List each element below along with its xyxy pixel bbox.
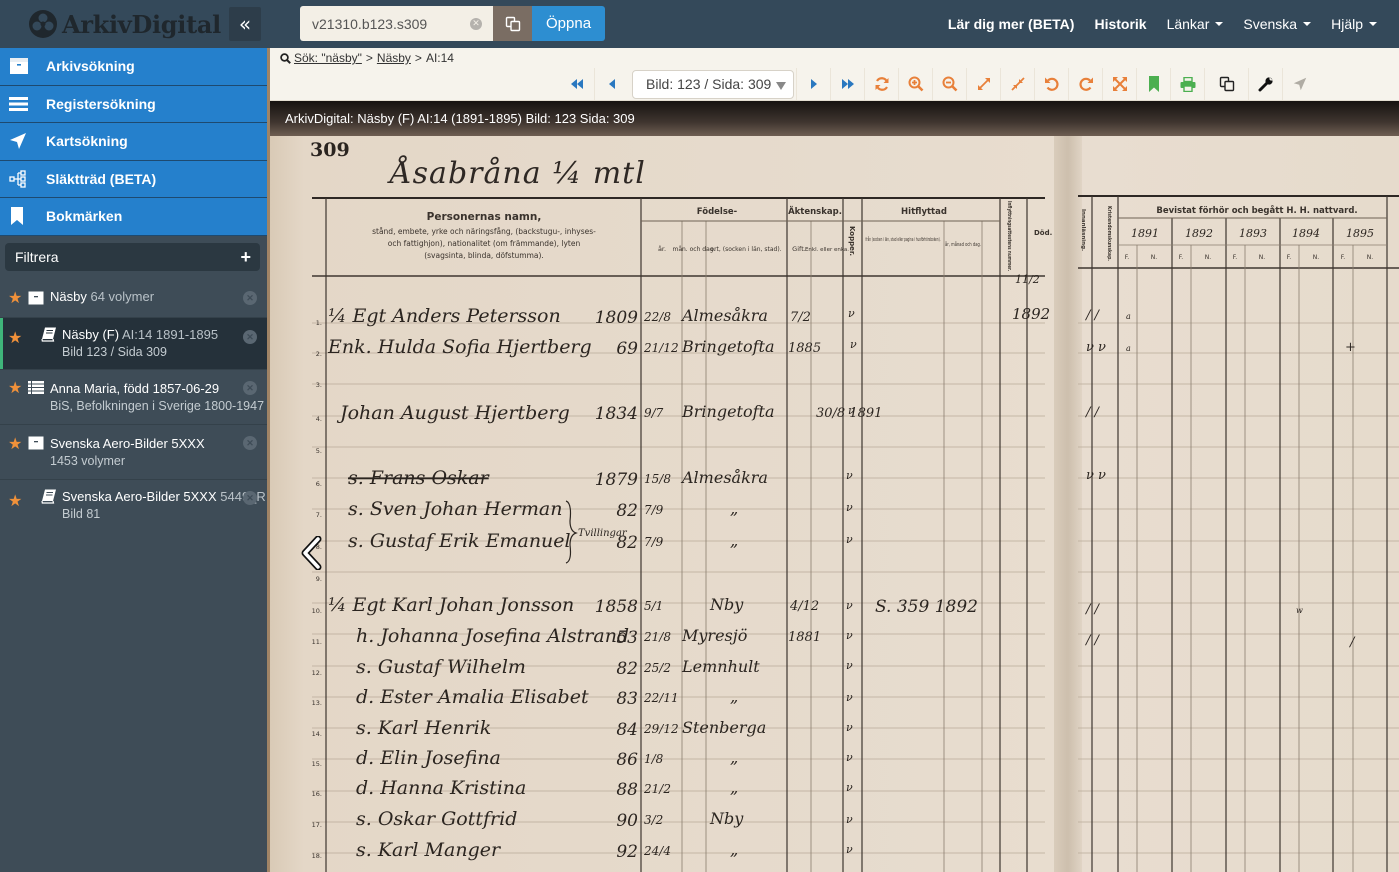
birth-month-day: 3/2: [644, 813, 663, 827]
top-navbar: ArkivDigital « ✕ Öppna Lär dig mer (BETA…: [0, 0, 1399, 48]
birth-place: „: [730, 778, 738, 797]
person-name: d. Ester Amalia Elisabet: [356, 686, 589, 708]
birth-year: 1858: [595, 597, 638, 617]
caret-down-icon: [1369, 22, 1377, 26]
book-icon: [41, 489, 57, 507]
svg-text:ν: ν: [846, 781, 853, 794]
svg-text:ν ν: ν ν: [1086, 340, 1106, 355]
star-icon[interactable]: ★: [8, 328, 22, 348]
copy-link-button[interactable]: [1204, 68, 1248, 100]
list-item[interactable]: ★ Näsby 64 volymer ✕: [0, 278, 267, 318]
row-number: 1.: [316, 319, 322, 327]
list-item[interactable]: ★ Svenska Aero-Bilder 5XXX 1453 volymer …: [0, 425, 267, 480]
copy-icon: [505, 16, 521, 32]
birth-place: „: [730, 840, 738, 859]
reference-input-wrapper: ✕: [300, 6, 493, 41]
column-header-birth: Födelse-: [697, 207, 738, 217]
row-number: 3.: [316, 381, 322, 389]
rotate-left-icon: [1044, 76, 1060, 92]
row-number: 4.: [316, 415, 322, 423]
person-name: s. Gustaf Wilhelm: [356, 656, 526, 678]
column-header-smallpox: Kopper.: [848, 226, 856, 256]
svg-text:ν: ν: [848, 404, 855, 417]
location-arrow-icon: [1293, 77, 1307, 91]
year-header: 1895: [1346, 227, 1374, 240]
person-name: s. Karl Henrik: [356, 717, 491, 739]
archive-box-icon: [28, 291, 44, 308]
ledger-grid: Personernas namn, stånd, embete, yrke oc…: [270, 101, 1399, 872]
links-label: Länkar: [1167, 16, 1210, 32]
fn-header: F.: [1179, 254, 1183, 261]
row-number: 9.: [316, 575, 322, 583]
svg-text:ν: ν: [846, 659, 853, 672]
column-header-registry: Inflyttningsattestens nummer.: [1006, 201, 1012, 271]
birth-year: 92: [616, 842, 638, 862]
birth-year: 88: [616, 780, 638, 800]
svg-text:ν: ν: [848, 307, 855, 320]
learn-more-link[interactable]: Lär dig mer (BETA): [948, 16, 1075, 32]
history-label: Historik: [1094, 16, 1146, 32]
star-icon[interactable]: ★: [8, 288, 22, 308]
svg-text:ν: ν: [846, 599, 853, 612]
person-name: d. Hanna Kristina: [356, 777, 526, 799]
birth-year: 1834: [595, 404, 638, 424]
bookmark-subtitle: BiS, Befolkningen i Sverige 1800-1947: [50, 399, 264, 413]
bookmark-subtitle: 1453 volymer: [50, 454, 125, 468]
svg-text:ν: ν: [846, 751, 853, 764]
list-item-active[interactable]: ★ Näsby (F) AI:14 1891-1895 Bild 123 / S…: [0, 318, 267, 370]
row-number: 18.: [312, 852, 322, 860]
birth-year: 83: [616, 689, 638, 709]
svg-text:w: w: [1296, 606, 1303, 615]
locate-button[interactable]: [1282, 68, 1316, 100]
birth-year: 82: [616, 533, 638, 553]
history-link[interactable]: Historik: [1094, 16, 1146, 32]
zoom-in-button[interactable]: [898, 68, 932, 100]
svg-text:/ /: / /: [1084, 633, 1101, 648]
clear-input-icon[interactable]: ✕: [470, 18, 482, 30]
row-number: 2.: [316, 350, 322, 358]
svg-text:ν: ν: [846, 501, 853, 514]
birth-place: „: [730, 748, 738, 767]
marriage-note: 1885: [788, 341, 821, 356]
remove-bookmark-icon[interactable]: ✕: [243, 381, 257, 395]
birth-month-day: 24/4: [643, 844, 671, 858]
bookmark-list: ★ Näsby 64 volymer ✕ ★ Näsby (F) AI:14 1…: [0, 278, 267, 532]
copy-icon: [1219, 76, 1235, 92]
sidebar-item-label: Arkivsökning: [46, 58, 135, 74]
bookmark-icon: [0, 207, 46, 225]
bookmark-title: Näsby (F) AI:14 1891-1895: [62, 327, 218, 342]
copy-reference-button[interactable]: [493, 6, 532, 41]
bookmark-title: Näsby 64 volymer: [50, 289, 154, 304]
moved-in-entry: S. 359 1892: [875, 597, 978, 617]
svg-text:ν: ν: [846, 721, 853, 734]
birth-place: Myresjö: [681, 626, 747, 645]
collapse-sidebar-button[interactable]: «: [229, 7, 261, 41]
bookmark-title-text: Svenska Aero-Bilder 5XXX: [62, 489, 217, 504]
double-arrow-right-icon: [841, 79, 855, 89]
svg-text:ν: ν: [846, 469, 853, 482]
filter-bar[interactable]: Filtrera +: [5, 243, 260, 271]
birth-place: „: [730, 499, 738, 518]
birth-month-day: 5/1: [644, 599, 663, 613]
bookmark-meta: AI:14 1891-1895: [122, 327, 218, 342]
sidebar-item-label: Släktträd (BETA): [46, 171, 156, 187]
page-select-dropdown[interactable]: Bild: 123 / Sida: 309: [632, 70, 794, 99]
row-number: 11.: [312, 638, 322, 646]
birth-month-day: 21/2: [643, 782, 671, 796]
caret-down-icon: [1303, 22, 1311, 26]
birth-year: 82: [616, 659, 638, 679]
died-entry: 1892: [1012, 305, 1050, 323]
rotate-left-button[interactable]: [1034, 68, 1068, 100]
row-number: 16.: [312, 790, 322, 798]
person-name: s. Gustaf Erik Emanuel: [348, 530, 571, 552]
bookmark-meta: 64 volymer: [90, 289, 154, 304]
next-page-button[interactable]: [796, 68, 830, 100]
birth-place: „: [730, 687, 738, 706]
birth-month-day: 22/11: [643, 691, 679, 705]
breadcrumb-search-link[interactable]: Sök: "näsby": [294, 51, 362, 65]
column-header-widowed: Enkl. eller enka.: [805, 247, 849, 253]
image-caption: ArkivDigital: Näsby (F) AI:14 (1891-1895…: [270, 101, 1399, 136]
person-name: s. Sven Johan Herman: [348, 498, 562, 520]
arrow-left-icon: [608, 79, 616, 89]
fn-header: N.: [1313, 254, 1319, 261]
star-icon[interactable]: ★: [8, 434, 22, 454]
breadcrumb: Sök: "näsby" > Näsby > AI:14: [270, 48, 1399, 68]
column-header-birth-place: ort, (socken i län, stad).: [710, 246, 781, 253]
location-arrow-icon: [0, 132, 46, 150]
birth-year: 82: [616, 501, 638, 521]
column-header-birth-md: mån. och dag.: [672, 246, 715, 253]
star-icon[interactable]: ★: [8, 491, 22, 511]
birth-year: 86: [616, 750, 638, 770]
birth-month-day: 1/8: [644, 752, 664, 766]
svg-text:+: +: [1345, 340, 1356, 355]
help-dropdown[interactable]: Hjälp: [1331, 16, 1377, 32]
remove-bookmark-icon[interactable]: ✕: [243, 436, 257, 450]
birth-month-day: 7/9: [644, 503, 664, 517]
person-name: Johan August Hjertberg: [336, 402, 570, 424]
sidebar-item-label: Registersökning: [46, 96, 156, 112]
expand-icon: [976, 76, 992, 92]
previous-image-arrow-icon[interactable]: [300, 536, 324, 570]
column-header-marriage: Äktenskap.: [788, 206, 842, 217]
fn-header: N.: [1151, 254, 1157, 261]
row-number: 13.: [312, 699, 322, 707]
bookmark-icon: [1148, 76, 1160, 92]
previous-page-button[interactable]: [594, 68, 628, 100]
bookmark-title: Anna Maria, född 1857-06-29: [50, 381, 219, 396]
marriage-note: 1881: [788, 630, 821, 645]
learn-more-label: Lär dig mer (BETA): [948, 16, 1075, 32]
fn-header: F.: [1341, 254, 1345, 261]
birth-month-day: 9/7: [644, 406, 664, 420]
top-nav-links: Lär dig mer (BETA) Historik Länkar Svens…: [948, 0, 1377, 48]
reference-search-group: ✕ Öppna: [300, 6, 605, 41]
page-select-value: Bild: 123 / Sida: 309: [646, 76, 771, 92]
zoom-out-icon: [942, 76, 958, 92]
column-header-names-desc: (svagsinta, blinda, döfstumma).: [424, 251, 544, 260]
svg-text:/ /: / /: [1084, 602, 1101, 617]
bookmark-title: Svenska Aero-Bilder 5XXX 5449_R: [62, 489, 266, 504]
person-name: h. Johanna Josefina Alstrand: [356, 625, 629, 647]
bookmark-title: Svenska Aero-Bilder 5XXX: [50, 436, 205, 451]
birth-place: Nby: [709, 595, 744, 614]
birth-month-day: 7/9: [644, 535, 664, 549]
dropdown-caret-icon: [776, 82, 786, 90]
birth-place: Almesåkra: [680, 306, 768, 325]
row-number: 6.: [316, 480, 322, 488]
archive-box-icon: [28, 436, 44, 453]
died-entry: 11/2: [1015, 273, 1040, 286]
birth-month-day: 15/8: [644, 472, 671, 486]
list-item[interactable]: ★ Anna Maria, född 1857-06-29 BiS, Befol…: [0, 370, 267, 425]
double-chevron-left-icon: «: [239, 12, 251, 36]
person-name: Enk. Hulda Sofia Hjertberg: [327, 336, 592, 358]
person-name: d. Elin Josefina: [356, 747, 501, 769]
column-header-died: Död.: [1034, 229, 1052, 237]
rotate-right-icon: [1078, 76, 1094, 92]
sidebar-item-family-tree[interactable]: Släktträd (BETA): [0, 161, 267, 199]
sidebar-item-label: Kartsökning: [46, 133, 128, 149]
compress-icon: [1010, 76, 1026, 92]
column-header-communion: Bevistat förhör och begått H. H. nattvar…: [1156, 205, 1357, 216]
settings-button[interactable]: [1248, 68, 1282, 100]
birth-place: Bringetofta: [681, 402, 775, 421]
language-label: Svenska: [1243, 16, 1297, 32]
fullscreen-icon: [1112, 76, 1128, 92]
remove-bookmark-icon[interactable]: ✕: [243, 330, 257, 344]
birth-month-day: 21/8: [643, 630, 671, 644]
family-tree-icon: [0, 170, 46, 188]
remove-bookmark-icon[interactable]: ✕: [243, 491, 257, 505]
row-number: 12.: [312, 669, 322, 677]
svg-text:a: a: [1126, 312, 1131, 321]
book-icon: [41, 327, 57, 345]
open-button[interactable]: Öppna: [532, 6, 605, 41]
filter-label: Filtrera: [15, 249, 59, 265]
bookmark-title-text: Svenska Aero-Bilder 5XXX: [50, 436, 205, 451]
birth-month-day: 22/8: [643, 310, 671, 324]
svg-text:ν: ν: [846, 813, 853, 826]
year-header: 1894: [1292, 227, 1320, 240]
reference-input[interactable]: [300, 6, 493, 41]
marriage-note: 4/12: [789, 599, 819, 614]
expand-button[interactable]: [966, 68, 1000, 100]
fn-header: N.: [1205, 254, 1211, 261]
row-number: 10.: [312, 607, 322, 615]
bookmark-title-text: Näsby (F): [62, 327, 119, 342]
plus-icon[interactable]: +: [240, 248, 251, 266]
last-page-button[interactable]: [830, 68, 864, 100]
birth-place: Almesåkra: [680, 468, 768, 487]
list-icon: [28, 381, 44, 397]
birth-year: 84: [616, 720, 638, 740]
bookmark-title-text: Näsby: [50, 289, 87, 304]
column-header-moved-date: år, månad och dag.: [945, 241, 981, 248]
logo-mark-icon: [28, 9, 58, 39]
marriage-note: 7/2: [790, 310, 811, 325]
column-header-catechism: Kristendomskunskap.: [1106, 206, 1112, 261]
scanned-document-image[interactable]: ArkivDigital: Näsby (F) AI:14 (1891-1895…: [270, 101, 1399, 872]
viewer-toolbar: Bild: 123 / Sida: 309: [270, 68, 1399, 101]
birth-year: 53: [616, 628, 638, 648]
svg-text:/ /: / /: [1084, 308, 1101, 323]
birth-place: Bringetofta: [681, 337, 775, 356]
column-header-reading: Innanläsning.: [1080, 209, 1086, 251]
image-viewer: Sök: "näsby" > Näsby > AI:14 Bild: 123 /…: [270, 48, 1399, 872]
birth-year: 1879: [595, 470, 638, 490]
column-header-names: Personernas namn,: [427, 211, 542, 223]
first-page-button[interactable]: [560, 68, 594, 100]
person-name: ¼ Egt Karl Johan Jonsson: [328, 594, 574, 616]
svg-text:ν ν: ν ν: [1086, 468, 1106, 483]
language-dropdown[interactable]: Svenska: [1243, 16, 1311, 32]
person-name: s. Frans Oskar: [348, 467, 491, 489]
birth-month-day: 29/12: [643, 722, 679, 736]
bookmark-subtitle: Bild 123 / Sida 309: [62, 345, 167, 359]
sidebar-item-archive-search[interactable]: Arkivsökning: [0, 48, 267, 86]
birth-year: 90: [616, 811, 638, 831]
logo-text: ArkivDigital: [62, 10, 221, 39]
person-name: ¼ Egt Anders Petersson: [328, 305, 561, 327]
arrow-right-icon: [810, 79, 818, 89]
birth-year: 1809: [595, 308, 638, 328]
double-arrow-left-icon: [570, 79, 584, 89]
print-icon: [1180, 77, 1196, 92]
fn-header: F.: [1233, 254, 1237, 261]
sidebar-item-map-search[interactable]: Kartsökning: [0, 123, 267, 161]
bookmark-button[interactable]: [1136, 68, 1170, 100]
compress-button[interactable]: [1000, 68, 1034, 100]
birth-place: „: [730, 531, 738, 550]
zoom-in-icon: [908, 76, 924, 92]
refresh-button[interactable]: [864, 68, 898, 100]
breadcrumb-separator: >: [415, 51, 422, 65]
help-label: Hjälp: [1331, 16, 1363, 32]
sidebar-item-bookmarks[interactable]: Bokmärken: [0, 198, 267, 236]
refresh-icon: [874, 76, 890, 92]
fn-header: N.: [1259, 254, 1265, 261]
column-header-moved-in: Hitflyttad: [901, 207, 947, 217]
column-header-married: Gift.: [792, 245, 806, 253]
birth-place: Nby: [709, 809, 744, 828]
archive-box-icon: [0, 57, 46, 75]
row-number: 15.: [312, 760, 322, 768]
svg-text:ν: ν: [846, 843, 853, 856]
caret-down-icon: [1215, 22, 1223, 26]
svg-text:ν: ν: [850, 338, 857, 351]
breadcrumb-separator: >: [366, 51, 373, 65]
person-name: s. Oskar Gottfrid: [356, 808, 517, 830]
search-icon: [280, 53, 291, 64]
bookmark-title-text: Anna Maria, född 1857-06-29: [50, 381, 219, 396]
fn-header: N.: [1367, 254, 1373, 261]
star-icon[interactable]: ★: [8, 378, 22, 398]
sidebar-item-label: Bokmärken: [46, 208, 122, 224]
fn-header: F.: [1125, 254, 1129, 261]
svg-text:/: /: [1348, 635, 1356, 650]
svg-text:ν: ν: [846, 533, 853, 546]
birth-month-day: 21/12: [643, 341, 679, 355]
sidebar: Arkivsökning Registersökning Kartsökning…: [0, 48, 270, 872]
arkivdigital-logo[interactable]: ArkivDigital: [28, 8, 221, 40]
list-icon: [0, 96, 46, 112]
year-header: 1892: [1185, 227, 1213, 240]
fullscreen-button[interactable]: [1102, 68, 1136, 100]
birth-month-day: 25/2: [643, 661, 671, 675]
birth-year: 69: [616, 339, 638, 359]
row-number: 14.: [312, 730, 322, 738]
svg-text:ν: ν: [846, 629, 853, 642]
remove-bookmark-icon[interactable]: ✕: [243, 291, 257, 305]
list-item[interactable]: ★ Svenska Aero-Bilder 5XXX 5449_R Bild 8…: [0, 480, 267, 532]
person-name: s. Karl Manger: [356, 839, 502, 861]
wrench-icon: [1258, 76, 1274, 92]
rotate-right-button[interactable]: [1068, 68, 1102, 100]
column-header-birth-year: år.: [658, 244, 666, 253]
year-header: 1893: [1239, 227, 1267, 240]
zoom-out-button[interactable]: [932, 68, 966, 100]
column-header-names-desc: och fattighjon), nationalitet (om främma…: [388, 239, 581, 248]
birth-place: Lemnhult: [681, 657, 760, 676]
row-number: 7.: [316, 511, 322, 519]
birth-place: Stenberga: [682, 718, 766, 737]
row-number: 17.: [312, 821, 322, 829]
svg-text:ν: ν: [846, 691, 853, 704]
fn-header: F.: [1287, 254, 1291, 261]
column-header-moved-from: från (socken i län, stad eller pagina i …: [866, 236, 941, 243]
breadcrumb-current: AI:14: [426, 51, 454, 65]
print-button[interactable]: [1170, 68, 1204, 100]
bookmark-subtitle: Bild 81: [62, 507, 100, 521]
sidebar-item-register-search[interactable]: Registersökning: [0, 86, 267, 124]
svg-text:/ /: / /: [1084, 405, 1101, 420]
year-header: 1891: [1131, 227, 1159, 240]
row-number: 5.: [316, 447, 322, 455]
svg-text:a: a: [1126, 344, 1131, 353]
breadcrumb-archive-link[interactable]: Näsby: [377, 51, 411, 65]
links-dropdown[interactable]: Länkar: [1167, 16, 1224, 32]
column-header-names-desc: stånd, embete, yrke och näringsfång, (ba…: [372, 227, 596, 236]
